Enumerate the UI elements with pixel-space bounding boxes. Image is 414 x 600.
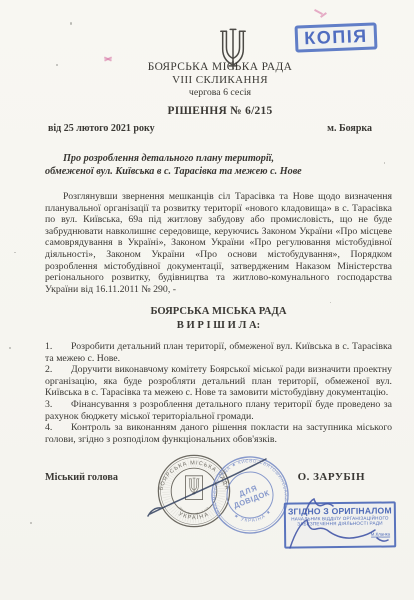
- copy-stamp: КОПІЯ: [295, 22, 378, 52]
- item-number: 4.: [45, 422, 71, 434]
- item-text: Доручити виконавчому комітету Боярської …: [45, 364, 392, 398]
- resolution-items: 1.Розробити детальний план території, об…: [45, 341, 392, 445]
- scan-speck: [330, 302, 331, 303]
- header-organization: БОЯРСЬКА МІСЬКА РАДА: [48, 61, 392, 73]
- resolution-org: БОЯРСЬКА МІСЬКА РАДА: [151, 306, 287, 317]
- resolution-item-4: 4.Контроль за виконанням даного рішення …: [45, 422, 392, 445]
- scan-speck: [70, 22, 72, 25]
- scanned-decision-document: { "document": { "copy_stamp_label": "КОП…: [0, 0, 414, 600]
- item-text: Контроль за виконанням даного рішення по…: [45, 422, 392, 445]
- subject-title: Про розроблення детального плану територ…: [45, 153, 379, 178]
- decision-number: РІШЕННЯ № 6/215: [48, 105, 392, 117]
- date-place-row: від 25 лютого 2021 року м. Боярка: [48, 123, 372, 134]
- signer-position: Міський голова: [45, 472, 118, 483]
- resolution-item-3: 3.Фінансування з розроблення детального …: [45, 399, 392, 422]
- resolution-item-2: 2.Доручити виконавчому комітету Боярсько…: [45, 364, 392, 399]
- item-number: 3.: [45, 399, 71, 411]
- resolution-verb: В И Р І Ш И Л А:: [177, 320, 260, 331]
- subject-title-line2: обмеженої вул. Київська в с. Тарасівка т…: [45, 166, 302, 177]
- item-text: Розробити детальний план території, обме…: [45, 341, 392, 364]
- svg-text:★ УКРАЇНА ★: ★ УКРАЇНА ★: [232, 508, 274, 527]
- resolution-item-1: 1.Розробити детальний план території, об…: [45, 341, 392, 364]
- resolution-clause: БОЯРСЬКА МІСЬКА РАДА В И Р І Ш И Л А:: [45, 305, 392, 332]
- signer-name: О. ЗАРУБІН: [298, 471, 365, 483]
- document-page: КОПІЯ БОЯРСЬКА МІСЬКА РАДА VIII СКЛИКАНН…: [0, 0, 414, 600]
- preamble-paragraph: Розглянувши звернення мешканців сіл Тара…: [45, 191, 392, 295]
- decision-date: від 25 лютого 2021 року: [48, 123, 155, 134]
- blue-stamp-ring-bottom-text: ★ УКРАЇНА ★: [232, 508, 274, 527]
- header-session: чергова 6 сесія: [48, 87, 392, 98]
- item-number: 2.: [45, 364, 71, 376]
- certified-copy-stamp: ЗГІДНО З ОРИГІНАЛОМ НАЧАЛЬНИК ВІДДІЛУ ОР…: [284, 501, 396, 548]
- seal-trident-icon: [189, 478, 199, 494]
- scan-speck: [384, 162, 385, 164]
- scan-speck: [9, 347, 11, 349]
- header-convocation: VIII СКЛИКАННЯ: [48, 74, 392, 86]
- item-text: Фінансування з розроблення детального пл…: [45, 399, 392, 422]
- decision-place: м. Боярка: [327, 123, 372, 134]
- item-number: 1.: [45, 341, 71, 353]
- scan-speck: [14, 252, 16, 253]
- scan-speck: [30, 522, 32, 524]
- svg-text:БОЯРСЬКА МІСЬКА РАДА ★ КИЄВО-С: БОЯРСЬКА МІСЬКА РАДА ★ КИЄВО-СВЯТОШИНСЬК…: [205, 450, 291, 519]
- blue-stamp-ring-top-text: БОЯРСЬКА МІСЬКА РАДА ★ КИЄВО-СВЯТОШИНСЬК…: [205, 450, 291, 519]
- round-stamp-for-certificates: БОЯРСЬКА МІСЬКА РАДА ★ КИЄВО-СВЯТОШИНСЬК…: [205, 450, 295, 540]
- certifier-name: М.Кланка: [371, 531, 390, 537]
- certified-stamp-line3: ЗАБЕЗПЕЧЕННЯ ДІЯЛЬНОСТІ РАДИ: [286, 521, 394, 528]
- subject-title-line1: Про розроблення детального плану територ…: [63, 153, 274, 164]
